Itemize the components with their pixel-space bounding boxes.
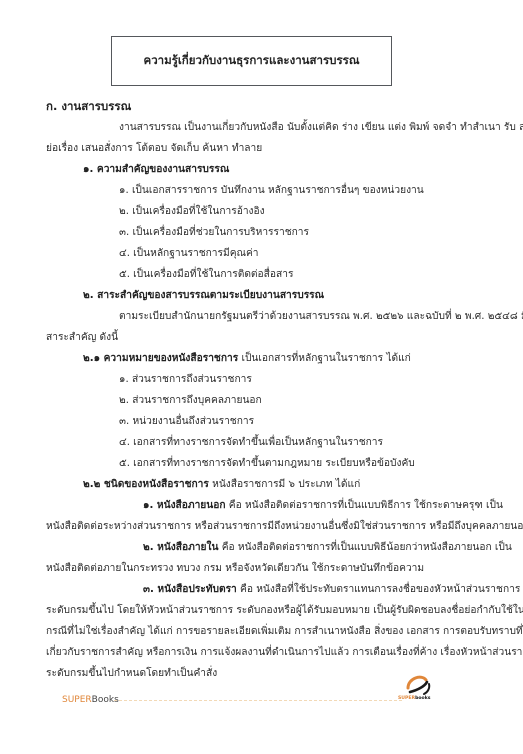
- essence-intro-line: สาระสำคัญ ดังนี้: [46, 327, 486, 348]
- importance-item: ๕. เป็นเครื่องมือที่ใช้ในการติดต่อสื่อสา…: [46, 264, 486, 285]
- essence-heading: ๒. สาระสำคัญของสารบรรณตามระเบียบงานสารบร…: [46, 285, 486, 306]
- document-body: ก. งานสารบรรณ งานสารบรรณ เป็นงานเกี่ยวกั…: [46, 96, 486, 684]
- type-item-line: หนังสือติดต่อภายในกระทรวง ทบวง กรม หรือจ…: [46, 558, 486, 579]
- importance-item: ๓. เป็นเครื่องมือที่ช่วยในการบริหารราชกา…: [46, 222, 486, 243]
- meaning-label: ๒.๑ ความหมายของหนังสือราชการ: [83, 353, 238, 364]
- page-title-box: ความรู้เกี่ยวกับงานธุรการและงานสารบรรณ: [111, 36, 392, 86]
- meaning-text: เป็นเอกสารที่หลักฐานในราชการ ได้แก่: [238, 353, 411, 364]
- footer-dashed-rule: [114, 700, 402, 701]
- type-item-first-line: ๒. หนังสือภายใน คือ หนังสือติดต่อราชการท…: [46, 537, 486, 558]
- footer-brand-prefix: SUPER: [62, 695, 92, 705]
- meaning-item: ๒. ส่วนราชการถึงบุคคลภายนอก: [46, 390, 486, 411]
- meaning-item: ๔. เอกสารที่ทางราชการจัดทำขึ้นเพื่อเป็นห…: [46, 432, 486, 453]
- type-text: คือ หนังสือติดต่อราชการที่เป็นแบบพิธีการ…: [226, 500, 503, 511]
- page-title: ความรู้เกี่ยวกับงานธุรการและงานสารบรรณ: [144, 52, 360, 70]
- superbooks-logo: SUPERbooks: [398, 674, 436, 704]
- type-text: คือ หนังสือที่ใช้ประทับตราแทนการลงชื่อขอ…: [237, 584, 521, 595]
- essence-intro-line: ตามระเบียบสำนักนายกรัฐมนตรีว่าด้วยงานสาร…: [46, 306, 486, 327]
- type-item-line: หนังสือติดต่อระหว่างส่วนราชการ หรือส่วนร…: [46, 516, 486, 537]
- importance-item: ๑. เป็นเอกสารราชการ บันทึกงาน หลักฐานราช…: [46, 180, 486, 201]
- footer-brand: SUPERBooks: [62, 692, 119, 708]
- type-item-first-line: ๑. หนังสือภายนอก คือ หนังสือติดต่อราชการ…: [46, 495, 486, 516]
- importance-item: ๔. เป็นหลักฐานราชการมีคุณค่า: [46, 243, 486, 264]
- types-text: หนังสือราชการมี ๖ ประเภท ได้แก่: [209, 479, 360, 490]
- intro-paragraph-line: งานสารบรรณ เป็นงานเกี่ยวกับหนังสือ นับตั…: [46, 117, 486, 138]
- type-item-first-line: ๓. หนังสือประทับตรา คือ หนังสือที่ใช้ประ…: [46, 579, 486, 600]
- type-text: คือ หนังสือติดต่อราชการที่เป็นแบบพิธีน้อ…: [218, 542, 511, 553]
- type-item-line: กรณีที่ไม่ใช่เรื่องสำคัญ ได้แก่ การขอราย…: [46, 621, 486, 642]
- logo-prefix: SUPER: [398, 696, 415, 701]
- importance-heading: ๑. ความสำคัญของงานสารบรรณ: [46, 159, 486, 180]
- type-item-line: เกี่ยวกับราชการสำคัญ หรือการเงิน การแจ้ง…: [46, 642, 486, 663]
- swoosh-logo-icon: [398, 674, 436, 698]
- logo-suffix: books: [415, 696, 430, 701]
- intro-paragraph-line: ย่อเรื่อง เสนอสั่งการ โต้ตอบ จัดเก็บ ค้น…: [46, 138, 486, 159]
- meaning-item: ๑. ส่วนราชการถึงส่วนราชการ: [46, 369, 486, 390]
- type-label: ๑. หนังสือภายนอก: [143, 500, 226, 511]
- types-label: ๒.๒ ชนิดของหนังสือราชการ: [83, 479, 209, 490]
- section-heading: ก. งานสารบรรณ: [46, 96, 486, 117]
- types-subheading: ๒.๒ ชนิดของหนังสือราชการ หนังสือราชการมี…: [46, 474, 486, 495]
- meaning-subheading: ๒.๑ ความหมายของหนังสือราชการ เป็นเอกสารท…: [46, 348, 486, 369]
- type-label: ๒. หนังสือภายใน: [143, 542, 218, 553]
- importance-item: ๒. เป็นเครื่องมือที่ใช้ในการอ้างอิง: [46, 201, 486, 222]
- type-item-line: ระดับกรมขึ้นไป โดยให้หัวหน้าส่วนราชการ ร…: [46, 600, 486, 621]
- type-label: ๓. หนังสือประทับตรา: [143, 584, 237, 595]
- meaning-item: ๕. เอกสารที่ทางราชการจัดทำขึ้นตามกฎหมาย …: [46, 453, 486, 474]
- logo-wordmark: SUPERbooks: [398, 696, 430, 701]
- meaning-item: ๓. หน่วยงานอื่นถึงส่วนราชการ: [46, 411, 486, 432]
